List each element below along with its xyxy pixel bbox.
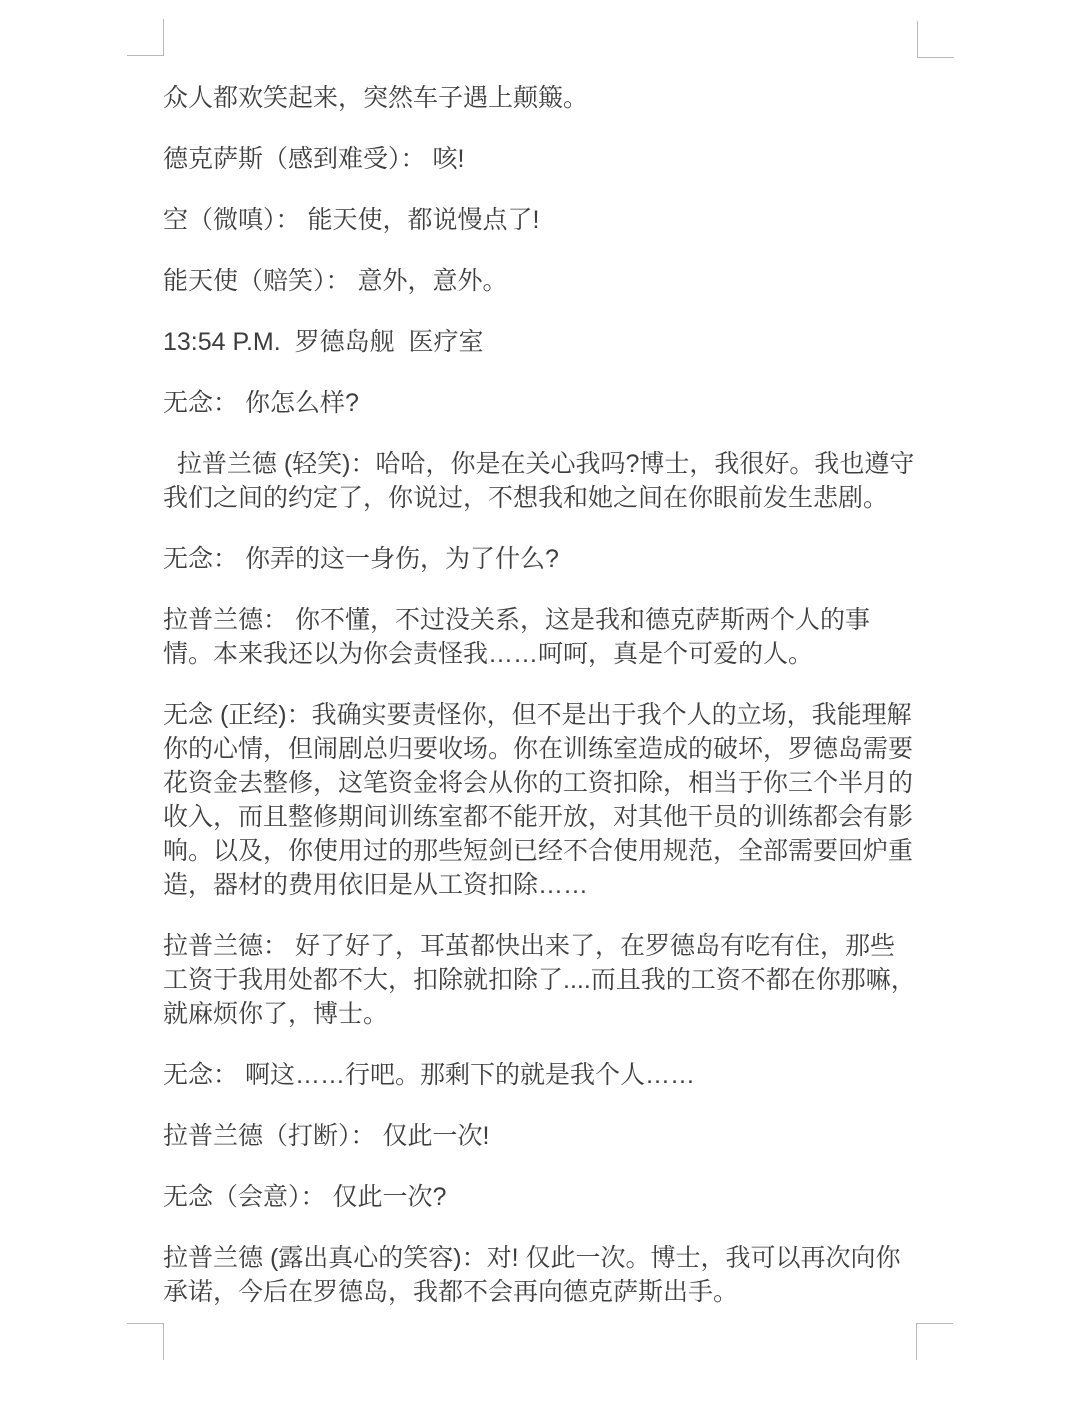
scene-direction-paragraph: 众人都欢笑起来，突然车子遇上颠簸。 <box>163 81 918 115</box>
dialogue-wunian-paragraph: 无念（会意）： 仅此一次? <box>163 1180 918 1214</box>
dialogue-wunian-paragraph: 无念 (正经)：我确实要责怪你，但不是出于我个人的立场，我能理解你的心情，但闹剧… <box>163 698 918 902</box>
document-page: { "page": { "background_color": "#ffffff… <box>0 0 1075 1412</box>
crop-mark-bottom-left <box>127 1323 164 1360</box>
dialogue-lappland-paragraph: 拉普兰德： 好了好了，耳茧都快出来了，在罗德岛有吃有住，那些工资于我用处都不大，… <box>163 929 918 1031</box>
dialogue-exusiai-paragraph: 能天使（赔笑）： 意外，意外。 <box>163 264 918 298</box>
dialogue-sora-paragraph: 空（微嗔）： 能天使，都说慢点了! <box>163 203 918 237</box>
dialogue-lappland-paragraph: 拉普兰德 (轻笑)：哈哈，你是在关心我吗?博士，我很好。我也遵守我们之间的约定了… <box>163 447 918 515</box>
dialogue-lappland-paragraph: 拉普兰德： 你不懂，不过没关系，这是我和德克萨斯两个人的事情。本来我还以为你会责… <box>163 603 918 671</box>
script-text-area: 众人都欢笑起来，突然车子遇上颠簸。 德克萨斯（感到难受）： 咳! 空（微嗔）： … <box>163 55 918 1336</box>
page-background: 众人都欢笑起来，突然车子遇上颠簸。 德克萨斯（感到难受）： 咳! 空（微嗔）： … <box>0 0 1075 1412</box>
scene-heading-paragraph: 13:54 P.M. 罗德岛舰 医疗室 <box>163 325 918 359</box>
dialogue-texas-paragraph: 德克萨斯（感到难受）： 咳! <box>163 142 918 176</box>
dialogue-lappland-paragraph: 拉普兰德（打断）： 仅此一次! <box>163 1119 918 1153</box>
dialogue-wunian-paragraph: 无念： 啊这……行吧。那剩下的就是我个人…… <box>163 1058 918 1092</box>
crop-mark-top-left <box>127 19 164 56</box>
dialogue-wunian-paragraph: 无念： 你弄的这一身伤，为了什么? <box>163 542 918 576</box>
crop-mark-bottom-right <box>916 1323 953 1360</box>
crop-mark-top-right <box>917 21 954 58</box>
dialogue-wunian-paragraph: 无念： 你怎么样? <box>163 386 918 420</box>
dialogue-lappland-paragraph: 拉普兰德 (露出真心的笑容)：对! 仅此一次。博士，我可以再次向你承诺，今后在罗… <box>163 1241 918 1309</box>
